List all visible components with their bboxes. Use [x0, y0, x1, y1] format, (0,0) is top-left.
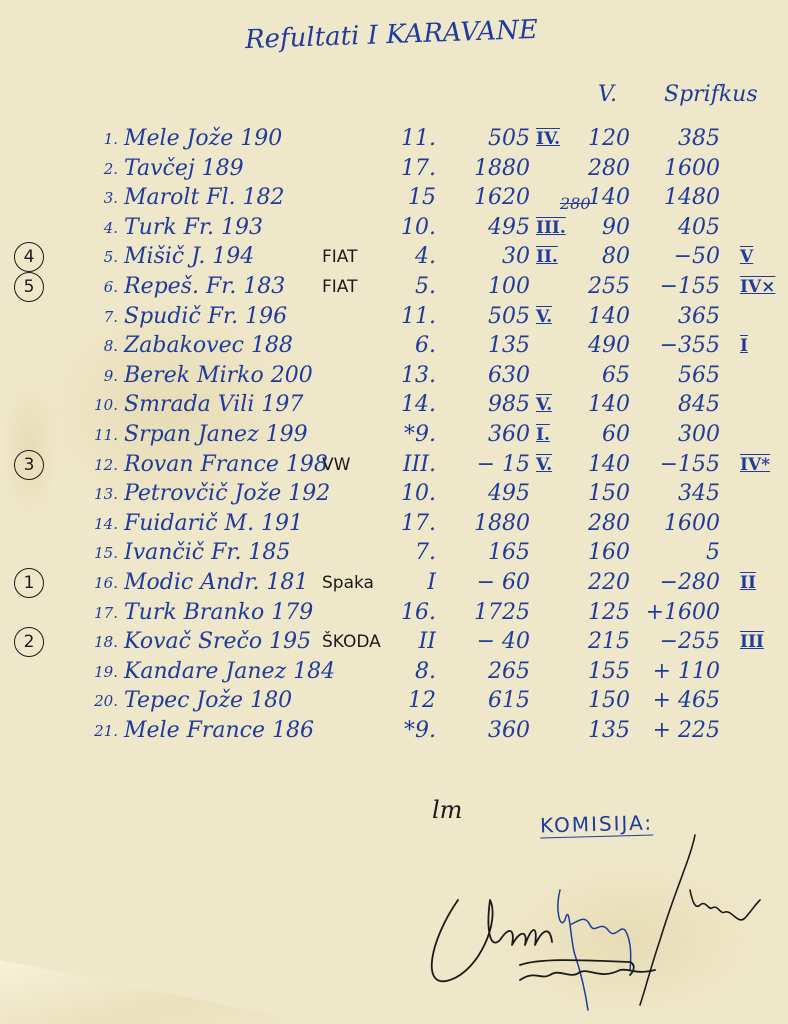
- table-row: 19.Kandare Janez 1848.265155+ 110: [0, 657, 788, 687]
- v-value: 60: [560, 420, 630, 450]
- v-value: 140: [560, 390, 630, 420]
- difference-value: −255: [640, 627, 720, 657]
- v-value: 220: [560, 568, 630, 598]
- score: 1880: [440, 509, 530, 539]
- v-value: 90: [560, 213, 630, 243]
- table-row: 4.Turk Fr. 19310.495III.90405: [0, 213, 788, 243]
- placement: 12: [392, 686, 436, 716]
- roman-rank-left: IV.: [536, 124, 560, 154]
- difference-value: 1600: [640, 509, 720, 539]
- row-number: 16.: [88, 568, 118, 598]
- score: 1725: [440, 598, 530, 628]
- car-make: VW: [322, 450, 350, 480]
- signature-3: [520, 960, 655, 980]
- competitor-name: Mele France 186: [124, 716, 314, 746]
- row-number: 17.: [88, 598, 118, 628]
- row-number: 15.: [88, 538, 118, 568]
- v-value: 150: [560, 686, 630, 716]
- row-number: 21.: [88, 716, 118, 746]
- competitor-name: Zabakovec 188: [124, 331, 293, 361]
- table-row: 13.Petrovčič Jože 19210.495150345: [0, 479, 788, 509]
- row-number: 3.: [88, 183, 118, 213]
- placement: 16.: [392, 598, 436, 628]
- v-value: 155: [560, 657, 630, 687]
- competitor-name: Tepec Jože 180: [124, 686, 292, 716]
- circled-rank: 4: [14, 242, 44, 272]
- placement: *9.: [392, 716, 436, 746]
- competitor-name: Smrada Vili 197: [124, 390, 303, 420]
- score: 1620: [440, 183, 530, 213]
- difference-value: 405: [640, 213, 720, 243]
- competitor-name: Srpan Janez 199: [124, 420, 308, 450]
- row-number: 10.: [88, 390, 118, 420]
- placement: 14.: [392, 390, 436, 420]
- roman-rank-right: IV×: [740, 272, 775, 302]
- car-make: FIAT: [322, 242, 358, 272]
- score: − 60: [440, 568, 530, 598]
- difference-value: + 465: [640, 686, 720, 716]
- competitor-name: Rovan France 198: [124, 450, 328, 480]
- column-header-difference: Sprifkus: [664, 82, 758, 107]
- difference-value: 845: [640, 390, 720, 420]
- car-make: ŠKODA: [322, 627, 381, 657]
- initials-mark: lm: [432, 796, 462, 824]
- roman-rank-right: I: [740, 331, 748, 361]
- table-row: 17.Turk Branko 17916.1725125+1600: [0, 598, 788, 628]
- roman-rank-left: II.: [536, 242, 558, 272]
- row-number: 4.: [88, 213, 118, 243]
- roman-rank-left: V.: [536, 390, 552, 420]
- competitor-name: Petrovčič Jože 192: [124, 479, 330, 509]
- competitor-name: Spudič Fr. 196: [124, 302, 287, 332]
- table-row: 3.Marolt Fl. 1821516201401480280: [0, 183, 788, 213]
- roman-rank-left: V.: [536, 450, 552, 480]
- circled-rank: 3: [14, 450, 44, 480]
- difference-value: −355: [640, 331, 720, 361]
- signature-4: [640, 835, 760, 1005]
- difference-value: + 110: [640, 657, 720, 687]
- difference-value: 5: [640, 538, 720, 568]
- row-number: 13.: [88, 479, 118, 509]
- placement: *9.: [392, 420, 436, 450]
- table-row: 15.Ivančič Fr. 1857.1651605: [0, 538, 788, 568]
- placement: 10.: [392, 479, 436, 509]
- difference-value: 1600: [640, 154, 720, 184]
- difference-value: 1480: [640, 183, 720, 213]
- circled-rank: 5: [14, 272, 44, 302]
- table-row: 6.Repeš. Fr. 183FIAT5.100255−155IV×5: [0, 272, 788, 302]
- roman-rank-right: III: [740, 627, 764, 657]
- score: 505: [440, 124, 530, 154]
- score: 360: [440, 716, 530, 746]
- table-row: 20.Tepec Jože 18012615150+ 465: [0, 686, 788, 716]
- score: 265: [440, 657, 530, 687]
- difference-value: −155: [640, 450, 720, 480]
- score: 495: [440, 213, 530, 243]
- difference-value: 565: [640, 361, 720, 391]
- competitor-name: Mele Jože 190: [124, 124, 282, 154]
- competitor-name: Modic Andr. 181: [124, 568, 308, 598]
- signature-2: [558, 890, 631, 1010]
- score: 630: [440, 361, 530, 391]
- car-make: FIAT: [322, 272, 358, 302]
- document-title: Refultati I KARAVANE: [245, 15, 539, 55]
- placement: 4.: [392, 242, 436, 272]
- placement: 11.: [392, 302, 436, 332]
- table-row: 16.Modic Andr. 181SpakaI− 60220−280II1: [0, 568, 788, 598]
- placement: 6.: [392, 331, 436, 361]
- row-number: 7.: [88, 302, 118, 332]
- placement: III.: [392, 450, 436, 480]
- score: 1880: [440, 154, 530, 184]
- car-make: Spaka: [322, 568, 374, 598]
- table-row: 12.Rovan France 198VWIII.− 15V.140−155IV…: [0, 450, 788, 480]
- v-value: 140: [560, 450, 630, 480]
- v-value: 125: [560, 598, 630, 628]
- difference-value: + 225: [640, 716, 720, 746]
- score: − 40: [440, 627, 530, 657]
- ruled-paper-page: Refultati I KARAVANE V. Sprifkus 1.Mele …: [0, 0, 788, 1024]
- v-value: 120: [560, 124, 630, 154]
- roman-rank-right: IV*: [740, 450, 770, 480]
- signatures-block: [420, 830, 788, 1024]
- v-value: 160: [560, 538, 630, 568]
- roman-rank-right: II: [740, 568, 756, 598]
- table-row: 1.Mele Jože 19011.505IV.120385: [0, 124, 788, 154]
- roman-rank-left: V.: [536, 302, 552, 332]
- competitor-name: Marolt Fl. 182: [124, 183, 285, 213]
- row-number: 18.: [88, 627, 118, 657]
- row-number: 14.: [88, 509, 118, 539]
- v-value: 255: [560, 272, 630, 302]
- roman-rank-left: I.: [536, 420, 550, 450]
- placement: 13.: [392, 361, 436, 391]
- score: 615: [440, 686, 530, 716]
- row-number: 1.: [88, 124, 118, 154]
- signature-1: [432, 900, 552, 981]
- competitor-name: Turk Branko 179: [124, 598, 313, 628]
- table-row: 8.Zabakovec 1886.135490−355I: [0, 331, 788, 361]
- table-row: 11.Srpan Janez 199*9.360I.60300: [0, 420, 788, 450]
- competitor-name: Kovač Srečo 195: [124, 627, 311, 657]
- placement: II: [392, 627, 436, 657]
- competitor-name: Turk Fr. 193: [124, 213, 263, 243]
- row-number: 9.: [88, 361, 118, 391]
- table-row: 2.Tavčej 18917.18802801600: [0, 154, 788, 184]
- table-row: 18.Kovač Srečo 195ŠKODAII− 40215−255III2: [0, 627, 788, 657]
- circled-rank: 1: [14, 568, 44, 598]
- difference-value: 365: [640, 302, 720, 332]
- folded-corner: [0, 960, 320, 1024]
- score: 165: [440, 538, 530, 568]
- table-row: 9.Berek Mirko 20013.63065565: [0, 361, 788, 391]
- table-row: 14.Fuidarič M. 19117.18802801600: [0, 509, 788, 539]
- competitor-name: Fuidarič M. 191: [124, 509, 303, 539]
- v-value: 280: [560, 154, 630, 184]
- placement: 5.: [392, 272, 436, 302]
- score: 495: [440, 479, 530, 509]
- placement: 10.: [392, 213, 436, 243]
- table-row: 7.Spudič Fr. 19611.505V.140365: [0, 302, 788, 332]
- difference-value: −280: [640, 568, 720, 598]
- score: 135: [440, 331, 530, 361]
- table-row: 21.Mele France 186*9.360135+ 225: [0, 716, 788, 746]
- circled-rank: 2: [14, 627, 44, 657]
- row-number: 2.: [88, 154, 118, 184]
- v-value: 65: [560, 361, 630, 391]
- competitor-name: Berek Mirko 200: [124, 361, 313, 391]
- score: 100: [440, 272, 530, 302]
- score: 360: [440, 420, 530, 450]
- row-number: 6.: [88, 272, 118, 302]
- row-number: 19.: [88, 657, 118, 687]
- placement: I: [392, 568, 436, 598]
- v-value: 490: [560, 331, 630, 361]
- v-value: 140: [560, 302, 630, 332]
- placement: 8.: [392, 657, 436, 687]
- difference-value: 345: [640, 479, 720, 509]
- v-value: 150: [560, 479, 630, 509]
- v-value: 135: [560, 716, 630, 746]
- row-number: 20.: [88, 686, 118, 716]
- competitor-name: Tavčej 189: [124, 154, 244, 184]
- competitor-name: Mišič J. 194: [124, 242, 254, 272]
- difference-value: +1600: [640, 598, 720, 628]
- difference-value: 300: [640, 420, 720, 450]
- difference-value: 385: [640, 124, 720, 154]
- placement: 15: [392, 183, 436, 213]
- difference-value: −50: [640, 242, 720, 272]
- score: 30: [440, 242, 530, 272]
- competitor-name: Repeš. Fr. 183: [124, 272, 285, 302]
- competitor-name: Kandare Janez 184: [124, 657, 335, 687]
- placement: 11.: [392, 124, 436, 154]
- score: 505: [440, 302, 530, 332]
- row-number: 5.: [88, 242, 118, 272]
- v-value: 215: [560, 627, 630, 657]
- roman-rank-right: V: [740, 242, 753, 272]
- row-number: 8.: [88, 331, 118, 361]
- score: − 15: [440, 450, 530, 480]
- table-row: 10.Smrada Vili 19714.985V.140845: [0, 390, 788, 420]
- placement: 17.: [392, 154, 436, 184]
- table-row: 5.Mišič J. 194FIAT4.30II.80−50V4: [0, 242, 788, 272]
- v-value: 280: [560, 509, 630, 539]
- row-number: 11.: [88, 420, 118, 450]
- competitor-name: Ivančič Fr. 185: [124, 538, 290, 568]
- column-header-v: V.: [598, 82, 617, 107]
- placement: 17.: [392, 509, 436, 539]
- row-number: 12.: [88, 450, 118, 480]
- placement: 7.: [392, 538, 436, 568]
- score: 985: [440, 390, 530, 420]
- difference-value: −155: [640, 272, 720, 302]
- v-value: 80: [560, 242, 630, 272]
